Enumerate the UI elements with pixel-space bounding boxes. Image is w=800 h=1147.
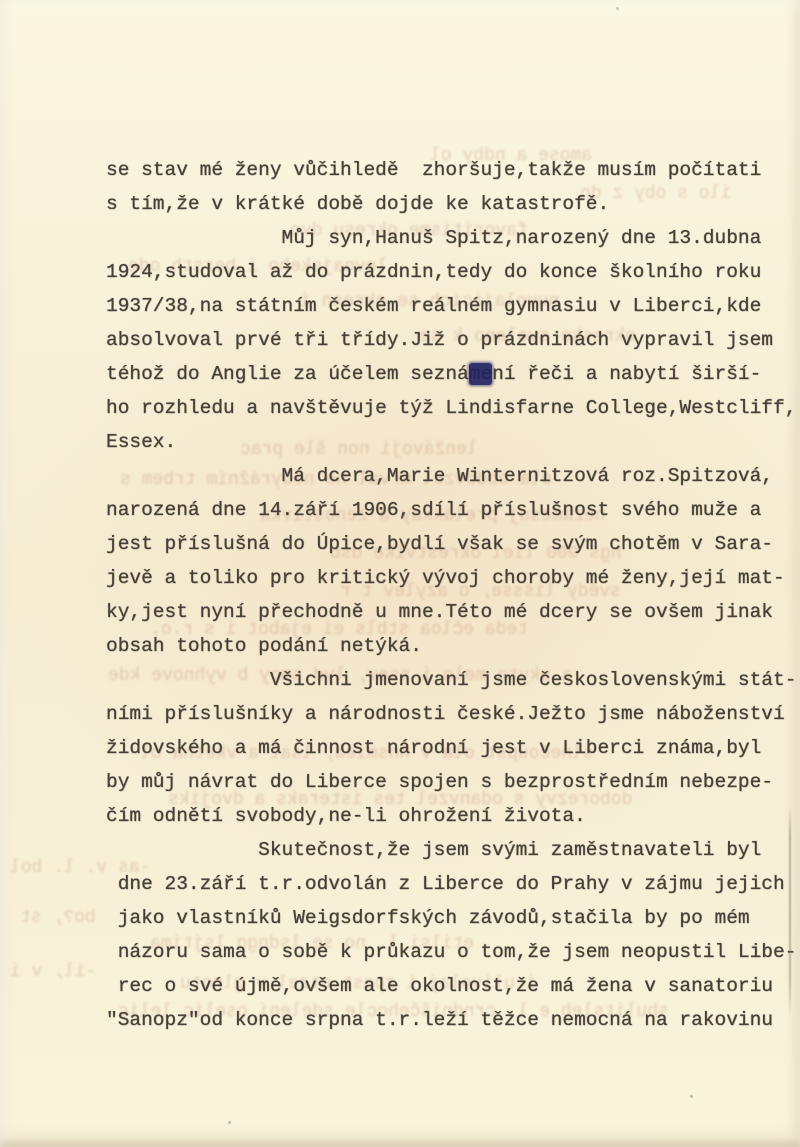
text-line: absolvoval prvé tři třídy.Již o prázdnin… bbox=[106, 323, 796, 357]
text-line: Skutečnost,že jsem svými zaměstnavateli … bbox=[106, 833, 796, 867]
page-scan: amose a ndby olilo s oby z dnfavoritisme… bbox=[0, 0, 800, 1147]
scan-speck bbox=[616, 7, 619, 10]
text-line: ho rozhledu a navštěvuje týž Lindisfarne… bbox=[106, 391, 796, 425]
bleedthrough-text: -il, v i bbox=[10, 962, 96, 982]
text-line: s tím,že v krátké době dojde ke katastro… bbox=[106, 187, 796, 221]
text-line: Essex. bbox=[106, 425, 796, 459]
text-line: obsah tohoto podání netýká. bbox=[106, 629, 796, 663]
text-line: Má dcera,Marie Winternitzová roz.Spitzov… bbox=[106, 459, 796, 493]
text-segment: ní řeči a nabytí širší- bbox=[492, 363, 761, 385]
text-line: židovského a má činnost národní jest v L… bbox=[106, 731, 796, 765]
scan-speck bbox=[690, 1095, 693, 1098]
text-line: by můj návrat do Liberce spojen s bezpro… bbox=[106, 765, 796, 799]
text-line: ními příslušníky a národnosti české.Ježt… bbox=[106, 697, 796, 731]
bleedthrough-text: bo?, st bbox=[20, 908, 96, 928]
overstrike-blot: me bbox=[469, 363, 492, 385]
text-line: jevě a toliko pro kritický vývoj choroby… bbox=[106, 561, 796, 595]
scan-bottom-edge bbox=[0, 1138, 800, 1147]
text-line: dne 23.září t.r.odvolán z Liberce do Pra… bbox=[106, 867, 796, 901]
text-line: Všichni jmenovaní jsme československými … bbox=[106, 663, 796, 697]
text-line: rec o své újmě,ovšem ale okolnost,že má … bbox=[106, 969, 796, 1003]
text-line: se stav mé ženy vůčihledě zhoršuje,takže… bbox=[106, 153, 796, 187]
text-line: 1937/38,na státním českém reálném gymnas… bbox=[106, 289, 796, 323]
text-line: čím odnětí svobody,ne-li ohrožení života… bbox=[106, 799, 796, 833]
document-text: se stav mé ženy vůčihledě zhoršuje,takže… bbox=[106, 153, 796, 1037]
text-line: ky,jest nyní přechodně u mne.Této mé dce… bbox=[106, 595, 796, 629]
text-line: Můj syn,Hanuš Spitz,narozený dne 13.dubn… bbox=[106, 221, 796, 255]
scan-speck bbox=[228, 1121, 231, 1124]
text-line: jest příslušná do Úpice,bydlí však se sv… bbox=[106, 527, 796, 561]
text-line: názoru sama o sobě k průkazu o tom,že js… bbox=[106, 935, 796, 969]
text-segment: téhož do Anglie za účelem sezná bbox=[106, 363, 469, 385]
text-line: jako vlastníků Weigsdorfských závodů,sta… bbox=[106, 901, 796, 935]
text-line: "Sanopz"od konce srpna t.r.leží těžce ne… bbox=[106, 1003, 796, 1037]
scan-artifact-vline bbox=[789, 806, 791, 1018]
text-line: téhož do Anglie za účelem seznámení řeči… bbox=[106, 357, 796, 391]
text-line: 1924,studoval až do prázdnin,tedy do kon… bbox=[106, 255, 796, 289]
scanned-letter-screenshot: { "document": { "kind": "typewritten-let… bbox=[0, 0, 800, 1147]
text-line: narozená dne 14.září 1906,sdílí příslušn… bbox=[106, 493, 796, 527]
